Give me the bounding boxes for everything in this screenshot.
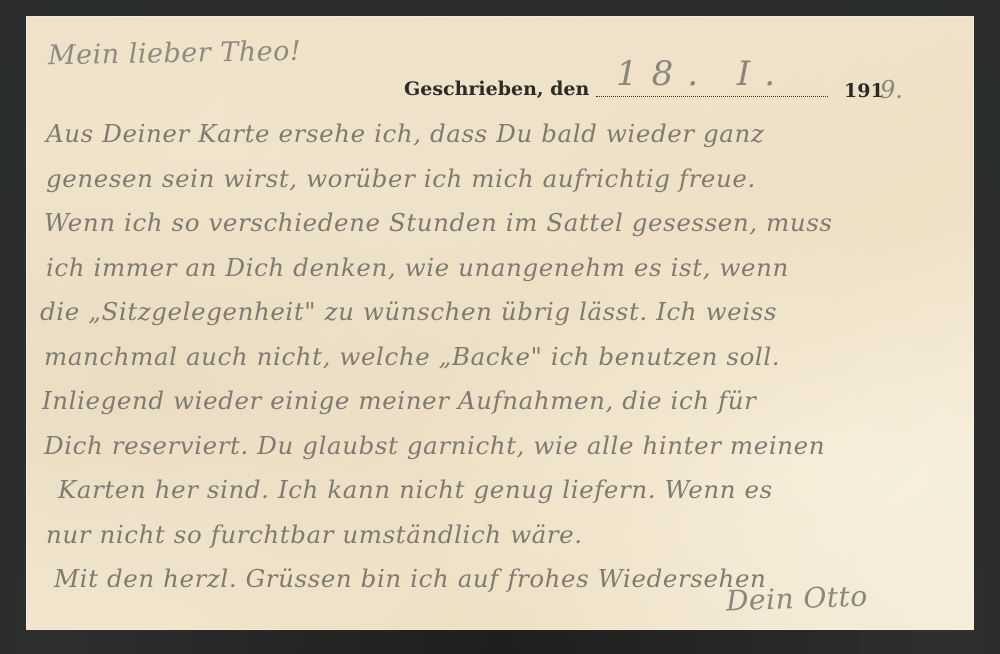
letter-line: Aus Deiner Karte ersehe ich, dass Du bal… — [40, 112, 970, 157]
printed-year-prefix: 191 — [844, 80, 884, 102]
salutation: Mein lieber Theo! — [48, 36, 302, 71]
letter-line: Wenn ich so verschiedene Stunden im Satt… — [40, 201, 970, 246]
letter-body: Aus Deiner Karte ersehe ich, dass Du bal… — [40, 112, 970, 602]
printed-date-label: Geschrieben, den — [404, 78, 589, 100]
letter-line: genesen sein wirst, worüber ich mich auf… — [40, 157, 970, 202]
letter-line: nur nicht so furchtbar umständlich wäre. — [40, 513, 970, 558]
letter-line: manchmal auch nicht, welche „Backe" ich … — [40, 335, 970, 380]
letter-line: Inliegend wieder einige meiner Aufnahmen… — [40, 379, 970, 424]
letter-line: ich immer an Dich denken, wie unangenehm… — [40, 246, 970, 291]
letter-line: Dich reserviert. Du glaubst garnicht, wi… — [40, 424, 970, 469]
handwritten-year-suffix: 9. — [880, 76, 903, 104]
letter-line: die „Sitzgelegenheit" zu wünschen übrig … — [40, 290, 970, 335]
handwritten-date: 18. I. — [616, 54, 789, 94]
letter-line: Karten her sind. Ich kann nicht genug li… — [40, 468, 970, 513]
date-dotted-line — [596, 96, 828, 97]
signature: Dein Otto — [725, 580, 868, 618]
postcard: Mein lieber Theo! Geschrieben, den 18. I… — [26, 16, 974, 630]
